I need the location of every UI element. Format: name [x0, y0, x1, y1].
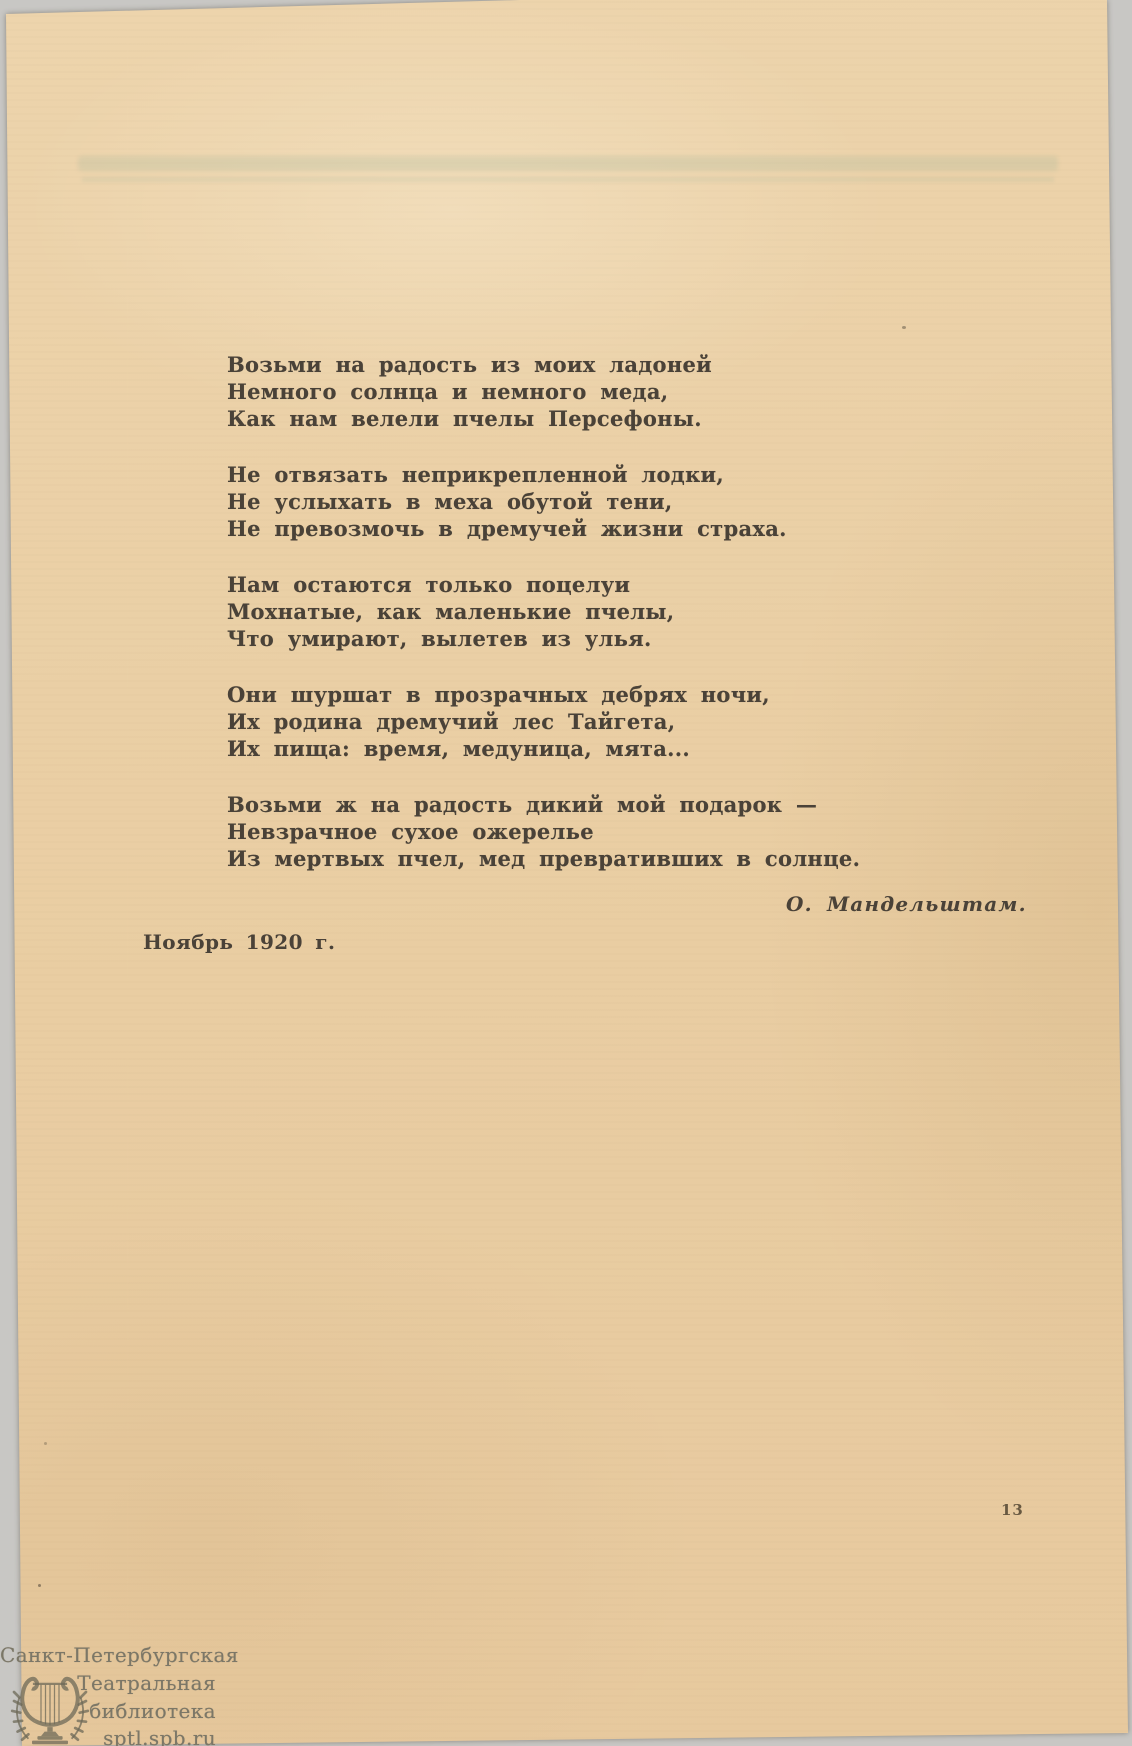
poem-line: Они шуршат в прозрачных дебрях ночи,	[227, 681, 860, 708]
poem-line: Возьми ж на радость дикий мой подарок —	[227, 791, 860, 818]
scanned-book-page: Возьми на радость из моих ладоней Немног…	[0, 0, 1132, 1746]
poem-stanza-1: Возьми на радость из моих ладоней Немног…	[227, 351, 860, 432]
library-name-line1: Санкт-Петербургская	[0, 1641, 216, 1669]
poem-stanza-5: Возьми ж на радость дикий мой подарок — …	[227, 791, 860, 872]
paper-speck	[44, 1442, 47, 1445]
poem-line: Мохнатые, как маленькие пчелы,	[227, 598, 860, 625]
poem-stanza-4: Они шуршат в прозрачных дебрях ночи, Их …	[227, 681, 860, 762]
poem-line: Возьми на радость из моих ладоней	[227, 351, 860, 378]
poem-line: Не отвязать неприкрепленной лодки,	[227, 461, 860, 488]
showthrough-band-thin	[82, 177, 1054, 182]
library-name-line2: Театральная	[0, 1669, 216, 1697]
poem-line: Их пища: время, медуница, мята...	[227, 735, 860, 762]
poem-line: Их родина дремучий лес Тайгета,	[227, 708, 860, 735]
poem-line: Нам остаются только поцелуи	[227, 571, 860, 598]
poem-line: Немного солнца и немного меда,	[227, 378, 860, 405]
poem-stanza-3: Нам остаются только поцелуи Мохнатые, ка…	[227, 571, 860, 652]
poem-line: Невзрачное сухое ожерелье	[227, 818, 860, 845]
poem-date: Ноябрь 1920 г.	[143, 930, 335, 954]
paper-speck	[902, 326, 906, 329]
poem-line: Не превозмочь в дремучей жизни страха.	[227, 515, 860, 542]
poem: Возьми на радость из моих ладоней Немног…	[227, 351, 860, 901]
author-signature: О. Мандельштам.	[786, 892, 1027, 916]
poem-line: Не услыхать в меха обутой тени,	[227, 488, 860, 515]
showthrough-band	[78, 156, 1058, 171]
poem-line: Из мертвых пчел, мед превративших в солн…	[227, 845, 860, 872]
poem-stanza-2: Не отвязать неприкрепленной лодки, Не ус…	[227, 461, 860, 542]
poem-line: Что умирают, вылетев из улья.	[227, 625, 860, 652]
library-name-line3: библиотека	[0, 1697, 216, 1725]
paper-speck	[38, 1584, 41, 1587]
page-number: 13	[1001, 1501, 1024, 1519]
poem-line: Как нам велели пчелы Персефоны.	[227, 405, 860, 432]
library-website: sptl.spb.ru	[0, 1724, 216, 1746]
